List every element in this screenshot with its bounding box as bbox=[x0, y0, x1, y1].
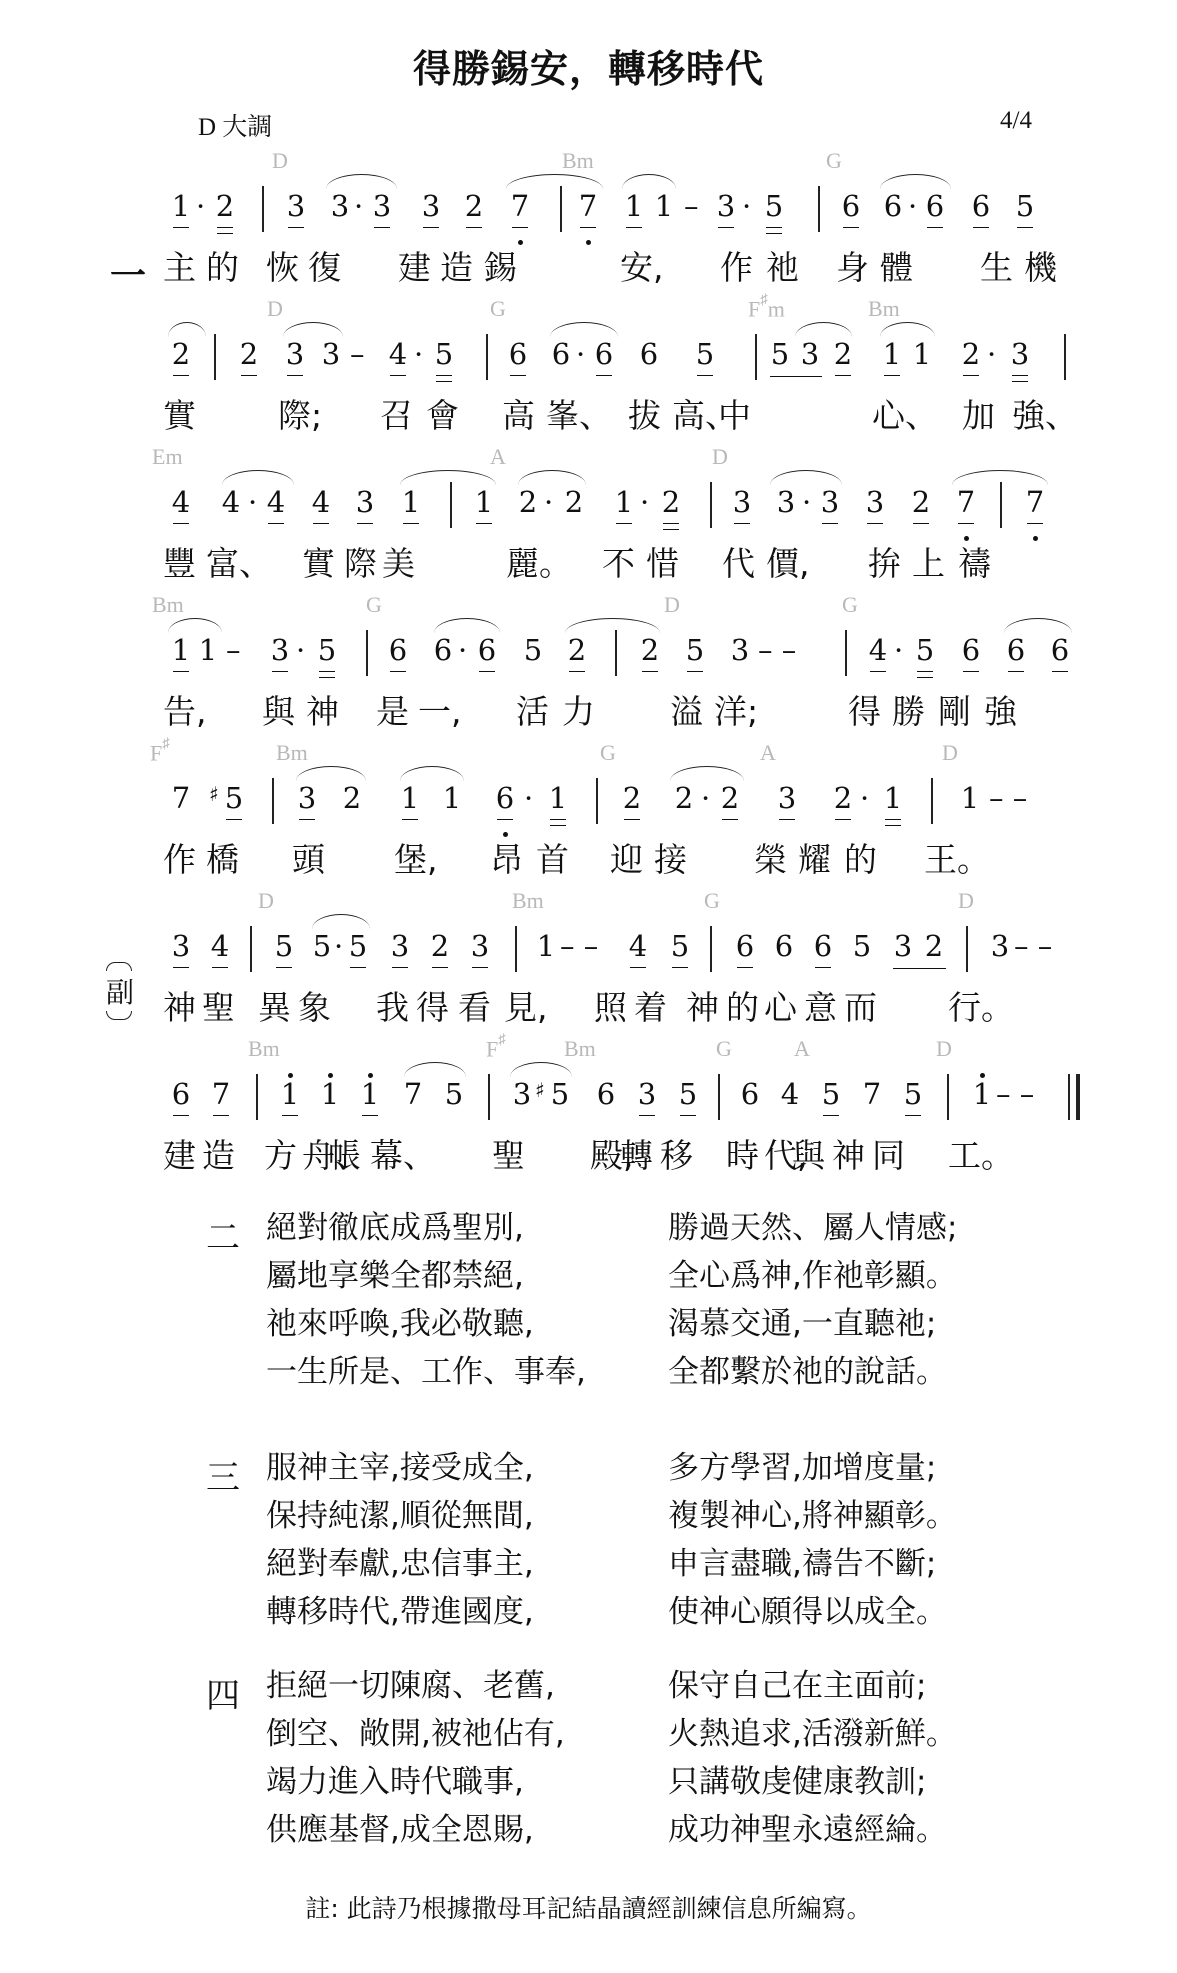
dash-symbol: – – bbox=[758, 632, 796, 668]
lyric-char: 方 bbox=[264, 1136, 304, 1176]
chord-symbol: A bbox=[794, 1036, 810, 1062]
note: 1 bbox=[882, 780, 904, 816]
underline bbox=[241, 375, 257, 376]
lyric-char: 的 bbox=[206, 248, 246, 288]
lyric-char: 作 bbox=[720, 248, 760, 288]
chord-symbol: F♯ bbox=[486, 1036, 506, 1062]
barline bbox=[1068, 1074, 1070, 1120]
note: 3 bbox=[285, 188, 307, 224]
lyric-char: 與 bbox=[792, 1136, 832, 1176]
note: 2 bbox=[923, 928, 945, 964]
note: 7 bbox=[1024, 484, 1046, 520]
note: 1 bbox=[197, 632, 219, 668]
underline bbox=[173, 671, 189, 672]
underline bbox=[639, 1115, 655, 1116]
note: 2 bbox=[673, 780, 695, 816]
sharp-icon: ♯ bbox=[498, 1032, 506, 1048]
lyric-char: 神 bbox=[163, 988, 203, 1028]
underline bbox=[357, 523, 373, 524]
underline bbox=[835, 375, 851, 376]
lyric-char: 而 bbox=[844, 988, 884, 1028]
lyric-char: 聖 bbox=[492, 1136, 532, 1176]
lyric-char: 不 bbox=[602, 544, 642, 584]
underline bbox=[432, 967, 448, 968]
underline bbox=[173, 967, 189, 968]
note: 6 bbox=[773, 928, 795, 964]
note: 2 bbox=[238, 336, 260, 372]
barline bbox=[755, 334, 757, 380]
note: 5 bbox=[677, 1076, 699, 1112]
stanza-line-left: 竭力進入時代職事, bbox=[266, 1758, 524, 1806]
underline bbox=[630, 967, 646, 968]
beam-line bbox=[770, 376, 822, 377]
underline bbox=[288, 227, 304, 228]
stanza-line-left: 屬地享樂全都禁絕, bbox=[266, 1252, 524, 1300]
note: 1 bbox=[359, 1076, 381, 1112]
lyric-char: 工。 bbox=[948, 1136, 988, 1176]
note: 1 bbox=[623, 188, 645, 224]
lyric-char: 是 bbox=[376, 692, 416, 732]
note: 5 bbox=[443, 1076, 465, 1112]
slur bbox=[400, 470, 496, 485]
dash-symbol: – bbox=[684, 188, 699, 224]
dash-symbol: – – bbox=[1014, 928, 1052, 964]
lyric-char: 心 bbox=[764, 988, 804, 1028]
barline bbox=[710, 926, 712, 972]
lyric-char: 轉 bbox=[620, 1136, 660, 1176]
note: 3 bbox=[729, 632, 751, 668]
note: 2 bbox=[660, 484, 682, 520]
note: 6 bbox=[432, 632, 454, 668]
note: 5 bbox=[522, 632, 544, 668]
note: 5 bbox=[1014, 188, 1036, 224]
lyric-char: 上 bbox=[912, 544, 952, 584]
lyric-char: 勝 bbox=[892, 692, 932, 732]
barline bbox=[931, 778, 933, 824]
underline bbox=[476, 523, 492, 524]
barline bbox=[486, 334, 488, 380]
lyric-char: 移 bbox=[660, 1136, 700, 1176]
note: 3 bbox=[731, 484, 753, 520]
sharp-icon: ♯ bbox=[209, 776, 219, 812]
music-line: DBmG1·233·3327711–3·566·665主的恢復建造錫安,作祂身體… bbox=[0, 148, 1177, 298]
lyric-char: 耀 bbox=[798, 840, 838, 880]
note: 1 bbox=[653, 188, 675, 224]
chord-symbol: D bbox=[267, 296, 283, 322]
octave-dot-below bbox=[586, 240, 591, 245]
note: 1 bbox=[441, 780, 463, 816]
chord-symbol: G bbox=[490, 296, 506, 322]
note: 5 bbox=[902, 1076, 924, 1112]
note: 6 bbox=[550, 336, 572, 372]
underline bbox=[313, 523, 329, 524]
note: 4 bbox=[779, 1076, 801, 1112]
stanza-line-left: 絕對奉獻,忠信事主, bbox=[266, 1540, 534, 1588]
underline bbox=[963, 671, 979, 672]
sharp-icon: ♯ bbox=[535, 1072, 545, 1108]
note: 3 bbox=[269, 632, 291, 668]
lyric-char: 行。 bbox=[948, 988, 988, 1028]
note: 4 bbox=[387, 336, 409, 372]
lyric-char: 幕、 bbox=[370, 1136, 410, 1176]
underline bbox=[642, 671, 658, 672]
chord-symbol: D bbox=[272, 148, 288, 174]
stanza-line-right: 保守自己在主面前; bbox=[668, 1662, 926, 1710]
lyric-char: 堡, bbox=[394, 840, 434, 880]
dot-symbol: · bbox=[354, 188, 363, 224]
lyric-char: 神 bbox=[686, 988, 726, 1028]
note: 6 bbox=[924, 188, 946, 224]
chorus-arc-bottom bbox=[106, 1011, 132, 1020]
underline bbox=[885, 825, 901, 826]
stanza-line-right: 渴慕交通,一直聽祂; bbox=[668, 1300, 936, 1348]
note: 6 bbox=[1049, 632, 1071, 668]
underline bbox=[973, 227, 989, 228]
stanza-line-right: 使神心願得以成全。 bbox=[668, 1588, 947, 1636]
underline bbox=[680, 1115, 696, 1116]
note: 3 bbox=[170, 928, 192, 964]
slur bbox=[518, 470, 586, 485]
lyric-char: 麗。 bbox=[506, 544, 546, 584]
note: 6 bbox=[812, 928, 834, 964]
slur bbox=[565, 618, 660, 633]
underline bbox=[392, 967, 408, 968]
underline bbox=[217, 233, 233, 234]
underline bbox=[466, 227, 482, 228]
chorus-arc-top bbox=[106, 962, 132, 971]
beam-line bbox=[893, 968, 946, 969]
underline bbox=[569, 671, 585, 672]
stanza-line-right: 申言盡職,禱告不斷; bbox=[668, 1540, 936, 1588]
barline bbox=[560, 186, 562, 232]
note: 1 bbox=[170, 632, 192, 668]
stanza-line-right: 複製神心,將神顯彰。 bbox=[668, 1492, 957, 1540]
note: 3 bbox=[296, 780, 318, 816]
lyric-char: 際; bbox=[278, 396, 318, 436]
chord-symbol: D bbox=[258, 888, 274, 914]
slur bbox=[506, 174, 603, 189]
lyric-char: 照 bbox=[594, 988, 634, 1028]
underline bbox=[843, 227, 859, 228]
lyric-char: 得 bbox=[848, 692, 888, 732]
underline bbox=[697, 375, 713, 376]
lyric-char: 實 bbox=[302, 544, 342, 584]
lyric-char: 身 bbox=[836, 248, 876, 288]
note: 2 bbox=[960, 336, 982, 372]
music-line: F♯BmGAD75♯32116·122·232·11– –作橋頭堡,昂首迎接榮耀… bbox=[0, 740, 1177, 890]
slur bbox=[880, 174, 951, 189]
slur bbox=[400, 766, 464, 781]
underline bbox=[766, 233, 782, 234]
stanza-line-left: 倒空、敞開,被祂佔有, bbox=[266, 1710, 565, 1758]
slur bbox=[1004, 618, 1072, 633]
note: 3 bbox=[469, 928, 491, 964]
note: 2 bbox=[170, 336, 192, 372]
note: 6 bbox=[476, 632, 498, 668]
slur bbox=[434, 618, 500, 633]
octave-dot-below bbox=[503, 832, 508, 837]
dot-symbol: · bbox=[860, 780, 869, 816]
underline bbox=[390, 671, 406, 672]
dot-symbol: · bbox=[414, 336, 423, 372]
stanza-line-left: 供應基督,成全恩賜, bbox=[266, 1806, 534, 1854]
chord-symbol: D bbox=[936, 1036, 952, 1062]
chord-symbol: D bbox=[664, 592, 680, 618]
sharp-icon: ♯ bbox=[760, 292, 768, 308]
dot-symbol: · bbox=[458, 632, 467, 668]
underline bbox=[963, 375, 979, 376]
lyric-char: 迎 bbox=[610, 840, 650, 880]
note: 4 bbox=[220, 484, 242, 520]
lyric-char: 惜 bbox=[646, 544, 686, 584]
note: 3 bbox=[284, 336, 306, 372]
lyric-char: 體 bbox=[880, 248, 920, 288]
underline bbox=[596, 375, 612, 376]
underline bbox=[718, 227, 734, 228]
note: 4 bbox=[265, 484, 287, 520]
lyric-char: 我 bbox=[376, 988, 416, 1028]
chorus-marker: 副 bbox=[106, 962, 132, 1020]
final-barline bbox=[1076, 1074, 1080, 1120]
underline bbox=[276, 967, 292, 968]
note: 5 bbox=[914, 632, 936, 668]
music-line: BmF♯BmGAD671117535♯635645751– –建造方舟、帳幕、聖… bbox=[0, 1036, 1177, 1186]
note: 6 bbox=[170, 1076, 192, 1112]
dot-symbol: · bbox=[894, 632, 903, 668]
note: 5 bbox=[684, 632, 706, 668]
note: 6 bbox=[638, 336, 660, 372]
stanza-line-left: 保持純潔,順從無間, bbox=[266, 1492, 534, 1540]
lyric-char: 拚 bbox=[868, 544, 908, 584]
octave-dot-above bbox=[288, 1073, 293, 1078]
barline bbox=[596, 778, 598, 824]
lyric-char: 接 bbox=[654, 840, 694, 880]
underline bbox=[867, 523, 883, 524]
note: 2 bbox=[463, 188, 485, 224]
barline bbox=[250, 926, 252, 972]
note: 2 bbox=[429, 928, 451, 964]
chord-symbol: G bbox=[842, 592, 858, 618]
note: 5 bbox=[316, 632, 338, 668]
lyric-char: 富、 bbox=[206, 544, 246, 584]
barline bbox=[488, 1074, 490, 1120]
underline bbox=[436, 381, 452, 382]
lyric-char: 得 bbox=[416, 988, 456, 1028]
lyric-char: 着 bbox=[634, 988, 674, 1028]
note: 1 bbox=[279, 1076, 301, 1112]
note: 6 bbox=[507, 336, 529, 372]
note: 5 bbox=[763, 188, 785, 224]
lyric-char: 力 bbox=[562, 692, 602, 732]
dot-symbol: · bbox=[802, 484, 811, 520]
underline bbox=[913, 523, 929, 524]
lyric-char: 高 bbox=[502, 396, 542, 436]
lyric-char: 象 bbox=[298, 988, 338, 1028]
lyric-char: 建 bbox=[398, 248, 438, 288]
note: 2 bbox=[639, 632, 661, 668]
slur bbox=[312, 914, 370, 929]
lyric-char: 美 bbox=[382, 544, 422, 584]
underline bbox=[737, 967, 753, 968]
note: 2 bbox=[517, 484, 539, 520]
note: 2 bbox=[719, 780, 741, 816]
lyric-char: 帳 bbox=[328, 1136, 368, 1176]
underline bbox=[734, 523, 750, 524]
underline bbox=[213, 1115, 229, 1116]
underline bbox=[815, 967, 831, 968]
note: 1 bbox=[473, 484, 495, 520]
lyric-char: 頭 bbox=[292, 840, 332, 880]
lyric-char: 的 bbox=[726, 988, 766, 1028]
note: 3 bbox=[354, 484, 376, 520]
barline bbox=[615, 630, 617, 676]
barline bbox=[272, 778, 274, 824]
underline bbox=[1012, 375, 1028, 376]
note: 6 bbox=[970, 188, 992, 224]
dash-symbol: – – bbox=[560, 928, 598, 964]
note: 3 bbox=[511, 1076, 533, 1112]
note: 6 bbox=[734, 928, 756, 964]
lyric-char: 與 bbox=[262, 692, 302, 732]
barline bbox=[710, 482, 712, 528]
underline bbox=[226, 819, 242, 820]
lyric-char: 見, bbox=[504, 988, 544, 1028]
note: 7 bbox=[577, 188, 599, 224]
dot-symbol: · bbox=[640, 484, 649, 520]
underline bbox=[580, 227, 596, 228]
stanza-line-left: 絕對徹底成爲聖別, bbox=[266, 1204, 524, 1252]
note: 1 bbox=[400, 484, 422, 520]
note: 5 bbox=[433, 336, 455, 372]
underline bbox=[766, 227, 782, 228]
barline bbox=[818, 186, 820, 232]
lyric-char: 首 bbox=[536, 840, 576, 880]
chord-symbol: A bbox=[490, 444, 506, 470]
underline bbox=[1012, 381, 1028, 382]
chord-symbol: D bbox=[942, 740, 958, 766]
lyric-char: 橋 bbox=[206, 840, 246, 880]
lyric-char: 實 bbox=[163, 396, 203, 436]
octave-dot-below bbox=[1033, 536, 1038, 541]
note: 4 bbox=[310, 484, 332, 520]
underline bbox=[362, 1115, 378, 1116]
chord-symbol: A bbox=[760, 740, 776, 766]
octave-dot-below bbox=[964, 536, 969, 541]
note: 2 bbox=[214, 188, 236, 224]
underline bbox=[550, 825, 566, 826]
stanza-line-left: 服神主宰,接受成全, bbox=[266, 1444, 534, 1492]
note: 3 bbox=[371, 188, 393, 224]
note: 7 bbox=[210, 1076, 232, 1112]
note: 5 bbox=[851, 928, 873, 964]
stanza-line-right: 成功神聖永遠經綸。 bbox=[668, 1806, 947, 1854]
slur bbox=[670, 766, 744, 781]
underline bbox=[319, 677, 335, 678]
note: 5 bbox=[669, 928, 691, 964]
underline bbox=[672, 967, 688, 968]
underline bbox=[905, 1115, 921, 1116]
dot-symbol: · bbox=[334, 928, 343, 964]
lyric-char: 神 bbox=[306, 692, 346, 732]
barline bbox=[256, 1074, 258, 1120]
stanza-line-right: 勝過天然、屬人情感; bbox=[668, 1204, 957, 1252]
note: 2 bbox=[563, 484, 585, 520]
note: 4 bbox=[209, 928, 231, 964]
note: 5♯ bbox=[223, 780, 245, 816]
key-signature: D 大調 bbox=[198, 107, 272, 143]
dot-symbol: · bbox=[576, 336, 585, 372]
note: 5 bbox=[694, 336, 716, 372]
note: 1 bbox=[547, 780, 569, 816]
lyric-char: 強、 bbox=[1012, 396, 1052, 436]
underline bbox=[299, 819, 315, 820]
note: 3 bbox=[636, 1076, 658, 1112]
lyric-char: 生 bbox=[980, 248, 1020, 288]
chord-symbol: G bbox=[366, 592, 382, 618]
dot-symbol: · bbox=[544, 484, 553, 520]
note: 1 bbox=[911, 336, 933, 372]
underline bbox=[835, 819, 851, 820]
note: 6 bbox=[595, 1076, 617, 1112]
note: 3 bbox=[715, 188, 737, 224]
lyric-char: 禱 bbox=[958, 544, 998, 584]
slur bbox=[510, 1062, 572, 1077]
underline bbox=[497, 819, 513, 820]
chord-symbol: Bm bbox=[512, 888, 544, 914]
underline bbox=[402, 819, 418, 820]
underline bbox=[512, 227, 528, 228]
underline bbox=[958, 523, 974, 524]
lyric-char: 一, bbox=[418, 692, 458, 732]
note: 5 bbox=[769, 336, 791, 372]
octave-dot-below bbox=[518, 240, 523, 245]
note: 2 bbox=[566, 632, 588, 668]
barline bbox=[947, 1074, 949, 1120]
lyric-char: 強 bbox=[984, 692, 1024, 732]
note: 2 bbox=[832, 780, 854, 816]
slur bbox=[622, 174, 676, 189]
note: 5 bbox=[311, 928, 333, 964]
underline bbox=[173, 1115, 189, 1116]
underline bbox=[722, 819, 738, 820]
lyric-char: 主 bbox=[163, 248, 203, 288]
underline bbox=[927, 227, 943, 228]
music-line: DGF♯mBm2233–4·566·665532112·3實際;召會高峯、拔高、… bbox=[0, 296, 1177, 446]
underline bbox=[779, 819, 795, 820]
underline bbox=[472, 967, 488, 968]
note: 3 bbox=[776, 780, 798, 816]
note: 4 bbox=[627, 928, 649, 964]
slur bbox=[326, 174, 397, 189]
dot-symbol: · bbox=[196, 188, 205, 224]
underline bbox=[282, 1115, 298, 1116]
stanza-number: 二 bbox=[206, 1210, 240, 1259]
underline bbox=[1008, 671, 1024, 672]
lyric-char: 同 bbox=[872, 1136, 912, 1176]
slur bbox=[550, 322, 618, 337]
barline bbox=[1000, 482, 1002, 528]
dash-symbol: – bbox=[350, 336, 365, 372]
stanza-line-left: 祂來呼喚,我必敬聽, bbox=[266, 1300, 534, 1348]
slur bbox=[296, 766, 366, 781]
note: 6 bbox=[840, 188, 862, 224]
underline bbox=[616, 523, 632, 524]
stanza-line-right: 只講敬虔健康教訓; bbox=[668, 1758, 926, 1806]
music-line: DBmGD3455·53231– –456665323– –神聖異象我得看見,照… bbox=[0, 888, 1177, 1038]
note: 5♯ bbox=[549, 1076, 571, 1112]
lyric-char: 意 bbox=[804, 988, 844, 1028]
lyric-char: 召 bbox=[380, 396, 420, 436]
